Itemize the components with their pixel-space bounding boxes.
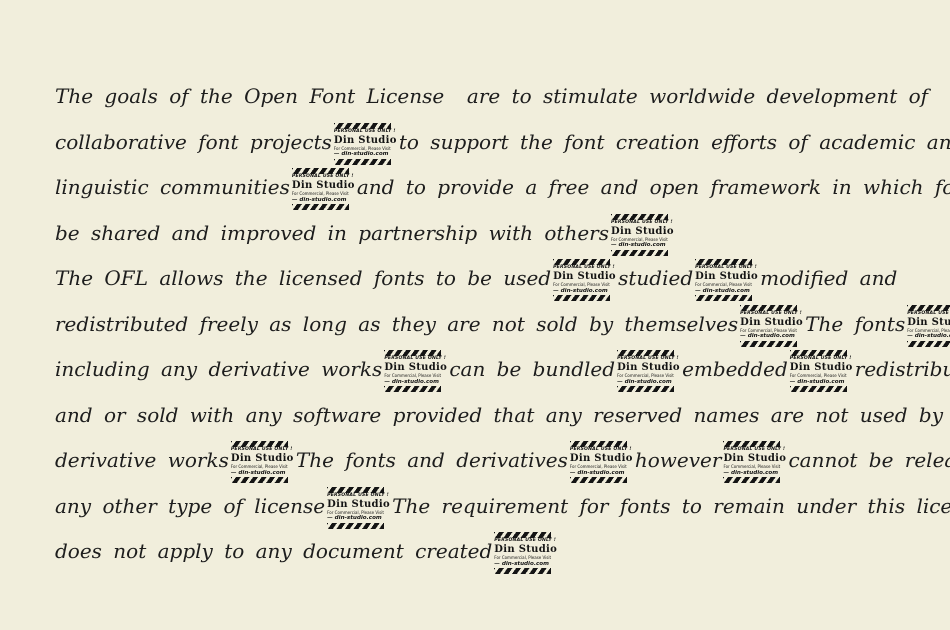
din-studio-brand: Din Studio <box>292 180 349 191</box>
watermark-slot: PERSONAL USE ONLY ! Din Studio For Comme… <box>325 484 392 530</box>
din-studio-watermark: PERSONAL USE ONLY ! Din Studio For Comme… <box>790 350 847 392</box>
din-studio-url: — din-studio.com <box>334 151 391 159</box>
commercial-note: For Commercial, Please Visit <box>231 464 288 470</box>
font-preview-canvas: The goals of the Open Font License are t… <box>0 0 950 630</box>
din-studio-url: — din-studio.com <box>327 515 384 523</box>
din-studio-watermark: PERSONAL USE ONLY ! Din Studio For Comme… <box>570 441 627 483</box>
preview-text: and or sold with any software provided t… <box>55 403 943 427</box>
din-studio-brand: Din Studio <box>494 544 551 555</box>
preview-text: does not apply to any document created <box>55 539 492 563</box>
watermark-slot: PERSONAL USE ONLY ! Din Studio For Comme… <box>492 530 559 576</box>
commercial-note: For Commercial, Please Visit <box>553 282 610 288</box>
text-line-9: derivative works PERSONAL USE ONLY ! Din… <box>55 438 950 484</box>
stripes-bottom-icon <box>907 341 950 347</box>
watermark-slot: PERSONAL USE ONLY ! Din Studio For Comme… <box>568 439 635 485</box>
preview-text: cannot be released under <box>788 448 950 472</box>
din-studio-watermark: PERSONAL USE ONLY ! Din Studio For Comme… <box>384 350 441 392</box>
din-studio-brand: Din Studio <box>617 362 674 373</box>
commercial-note: For Commercial, Please Visit <box>617 373 674 379</box>
personal-use-only-label: PERSONAL USE ONLY ! <box>334 129 391 135</box>
watermark-slot: PERSONAL USE ONLY ! Din Studio For Comme… <box>721 439 788 485</box>
din-studio-brand: Din Studio <box>327 499 384 510</box>
watermark-slot: PERSONAL USE ONLY ! Din Studio For Comme… <box>609 211 676 257</box>
din-studio-url: — din-studio.com <box>494 561 551 569</box>
personal-use-only-label: PERSONAL USE ONLY ! <box>611 220 668 226</box>
din-studio-watermark: PERSONAL USE ONLY ! Din Studio For Comme… <box>695 259 752 301</box>
din-studio-url: — din-studio.com <box>695 288 752 296</box>
watermark-slot: PERSONAL USE ONLY ! Din Studio For Comme… <box>788 348 855 394</box>
din-studio-brand: Din Studio <box>570 453 627 464</box>
text-line-4: be shared and improved in partnership wi… <box>55 211 950 257</box>
preview-text: collaborative font projects <box>55 130 332 154</box>
stripes-bottom-icon <box>553 295 610 301</box>
din-studio-brand: Din Studio <box>384 362 441 373</box>
din-studio-url: — din-studio.com <box>723 470 780 478</box>
preview-text: The OFL allows the licensed fonts to be … <box>55 266 551 290</box>
commercial-note: For Commercial, Please Visit <box>292 191 349 197</box>
preview-text: studied <box>618 266 693 290</box>
din-studio-brand: Din Studio <box>231 453 288 464</box>
preview-text: The requirement for fonts to remain unde… <box>392 494 950 518</box>
preview-text: be shared and improved in partnership wi… <box>55 221 609 245</box>
commercial-note: For Commercial, Please Visit <box>790 373 847 379</box>
personal-use-only-label: PERSONAL USE ONLY ! <box>327 493 384 499</box>
text-line-11: does not apply to any document created P… <box>55 529 950 575</box>
stripes-bottom-icon <box>334 159 391 165</box>
din-studio-brand: Din Studio <box>695 271 752 282</box>
text-line-1: The goals of the Open Font License are t… <box>55 74 950 120</box>
stripes-bottom-icon <box>695 295 752 301</box>
watermark-slot: PERSONAL USE ONLY ! Din Studio For Comme… <box>738 302 805 348</box>
stripes-bottom-icon <box>617 386 674 392</box>
din-studio-watermark: PERSONAL USE ONLY ! Din Studio For Comme… <box>611 214 668 256</box>
preview-text: derivative works <box>55 448 229 472</box>
din-studio-url: — din-studio.com <box>611 242 668 250</box>
stripes-bottom-icon <box>611 250 668 256</box>
din-studio-watermark: PERSONAL USE ONLY ! Din Studio For Comme… <box>334 123 391 165</box>
din-studio-brand: Din Studio <box>723 453 780 464</box>
stripes-bottom-icon <box>570 477 627 483</box>
commercial-note: For Commercial, Please Visit <box>570 464 627 470</box>
watermark-slot: PERSONAL USE ONLY ! Din Studio For Comme… <box>615 348 682 394</box>
din-studio-url: — din-studio.com <box>292 197 349 205</box>
watermark-slot: PERSONAL USE ONLY ! Din Studio For Comme… <box>290 166 357 212</box>
commercial-note: For Commercial, Please Visit <box>695 282 752 288</box>
din-studio-brand: Din Studio <box>790 362 847 373</box>
din-studio-brand: Din Studio <box>740 317 797 328</box>
preview-text: including any derivative works <box>55 357 382 381</box>
stripes-bottom-icon <box>740 341 797 347</box>
commercial-note: For Commercial, Please Visit <box>723 464 780 470</box>
watermark-slot: PERSONAL USE ONLY ! Din Studio For Comme… <box>693 257 760 303</box>
watermark-slot: PERSONAL USE ONLY ! Din Studio For Comme… <box>905 302 950 348</box>
din-studio-watermark: PERSONAL USE ONLY ! Din Studio For Comme… <box>617 350 674 392</box>
preview-text: any other type of license <box>55 494 325 518</box>
din-studio-brand: Din Studio <box>907 317 950 328</box>
din-studio-url: — din-studio.com <box>553 288 610 296</box>
text-line-7: including any derivative works PERSONAL … <box>55 347 950 393</box>
watermark-slot: PERSONAL USE ONLY ! Din Studio For Comme… <box>229 439 296 485</box>
din-studio-url: — din-studio.com <box>231 470 288 478</box>
din-studio-url: — din-studio.com <box>570 470 627 478</box>
preview-text: to support the font creation efforts of … <box>399 130 950 154</box>
personal-use-only-label: PERSONAL USE ONLY ! <box>740 311 797 317</box>
preview-text: embedded <box>682 357 788 381</box>
text-line-8: and or sold with any software provided t… <box>55 393 950 439</box>
preview-text: The goals of the Open Font License are t… <box>55 84 928 108</box>
din-studio-url: — din-studio.com <box>907 333 950 341</box>
preview-text: however <box>635 448 722 472</box>
din-studio-watermark: PERSONAL USE ONLY ! Din Studio For Comme… <box>740 305 797 347</box>
text-line-2: collaborative font projects PERSONAL USE… <box>55 120 950 166</box>
watermark-slot: PERSONAL USE ONLY ! Din Studio For Comme… <box>382 348 449 394</box>
din-studio-watermark: PERSONAL USE ONLY ! Din Studio For Comme… <box>907 305 950 347</box>
preview-text: modified and <box>760 266 897 290</box>
din-studio-brand: Din Studio <box>334 135 391 146</box>
stripes-bottom-icon <box>231 477 288 483</box>
preview-text: redistributed <box>855 357 950 381</box>
text-line-5: The OFL allows the licensed fonts to be … <box>55 256 950 302</box>
din-studio-brand: Din Studio <box>611 226 668 237</box>
commercial-note: For Commercial, Please Visit <box>494 555 551 561</box>
preview-text: and to provide a free and open framework… <box>357 175 950 199</box>
din-studio-watermark: PERSONAL USE ONLY ! Din Studio For Comme… <box>292 168 349 210</box>
preview-text: The fonts <box>805 312 905 336</box>
text-line-6: redistributed freely as long as they are… <box>55 302 950 348</box>
stripes-bottom-icon <box>790 386 847 392</box>
text-line-10: any other type of license PERSONAL USE O… <box>55 484 950 530</box>
din-studio-url: — din-studio.com <box>617 379 674 387</box>
din-studio-brand: Din Studio <box>553 271 610 282</box>
stripes-bottom-icon <box>292 204 349 210</box>
commercial-note: For Commercial, Please Visit <box>384 373 441 379</box>
stripes-bottom-icon <box>494 568 551 574</box>
din-studio-watermark: PERSONAL USE ONLY ! Din Studio For Comme… <box>723 441 780 483</box>
din-studio-watermark: PERSONAL USE ONLY ! Din Studio For Comme… <box>231 441 288 483</box>
personal-use-only-label: PERSONAL USE ONLY ! <box>907 311 950 317</box>
stripes-bottom-icon <box>723 477 780 483</box>
din-studio-url: — din-studio.com <box>740 333 797 341</box>
stripes-bottom-icon <box>327 523 384 529</box>
din-studio-watermark: PERSONAL USE ONLY ! Din Studio For Comme… <box>553 259 610 301</box>
din-studio-watermark: PERSONAL USE ONLY ! Din Studio For Comme… <box>327 487 384 529</box>
watermark-slot: PERSONAL USE ONLY ! Din Studio For Comme… <box>551 257 618 303</box>
preview-text: linguistic communities <box>55 175 290 199</box>
din-studio-url: — din-studio.com <box>790 379 847 387</box>
preview-text: The fonts and derivatives <box>296 448 568 472</box>
din-studio-watermark: PERSONAL USE ONLY ! Din Studio For Comme… <box>494 532 551 574</box>
preview-text: redistributed freely as long as they are… <box>55 312 738 336</box>
watermark-slot: PERSONAL USE ONLY ! Din Studio For Comme… <box>332 120 399 166</box>
din-studio-url: — din-studio.com <box>384 379 441 387</box>
stripes-bottom-icon <box>384 386 441 392</box>
preview-text: can be bundled <box>449 357 615 381</box>
text-line-3: linguistic communities PERSONAL USE ONLY… <box>55 165 950 211</box>
